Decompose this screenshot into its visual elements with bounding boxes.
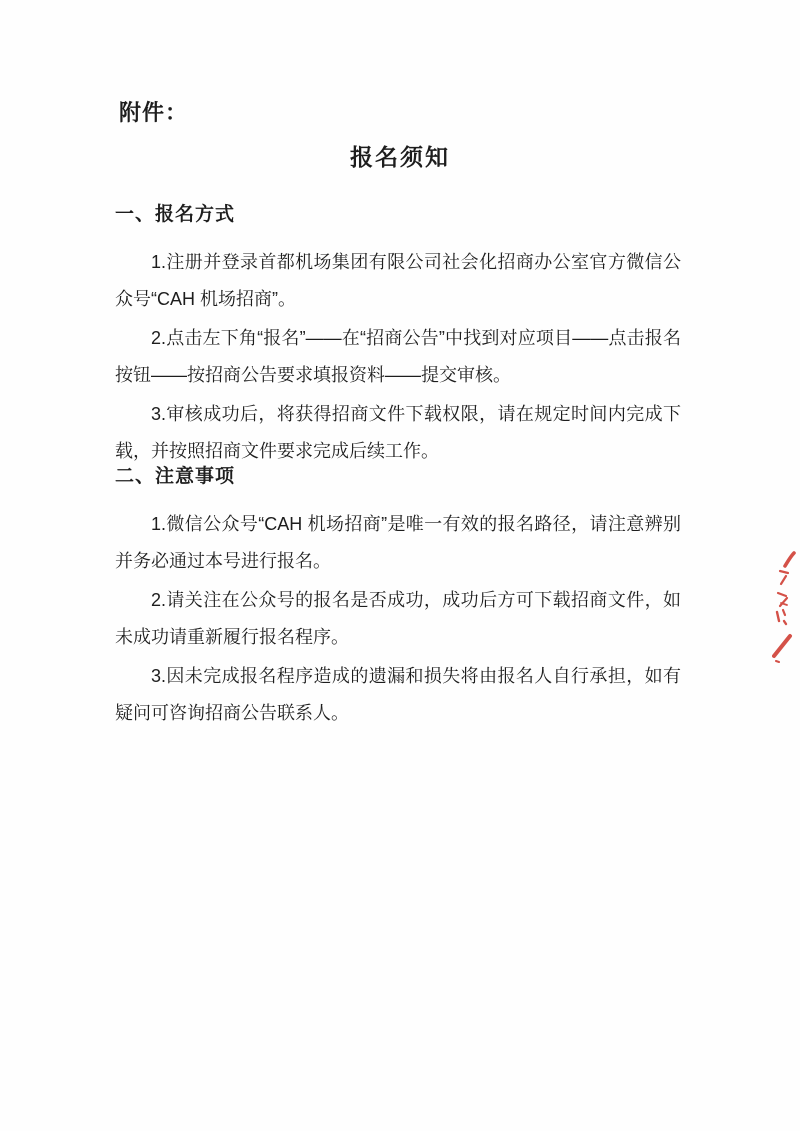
section-heading-registration-method: 一、报名方式 — [115, 196, 681, 233]
paragraph-signup-steps: 2.点击左下角“报名”——在“招商公告”中找到对应项目——点击报名按钮——按招商… — [115, 320, 681, 394]
red-seal-fragment — [769, 547, 797, 667]
document-body: 一、报名方式 1.注册并登录首都机场集团有限公司社会化招商办公室官方微信公众号“… — [115, 196, 681, 732]
page-title: 报名须知 — [115, 139, 685, 172]
paragraph-official-account-only: 1.微信公众号“CAH 机场招商”是唯一有效的报名路径，请注意辨别并务必通过本号… — [115, 506, 681, 580]
attachment-label: 附件： — [119, 96, 188, 127]
scanned-document-page: 附件： 报名须知 一、报名方式 1.注册并登录首都机场集团有限公司社会化招商办公… — [0, 0, 800, 1131]
paragraph-check-success: 2.请关注在公众号的报名是否成功，成功后方可下载招商文件，如未成功请重新履行报名… — [115, 582, 681, 656]
paragraph-liability: 3.因未完成报名程序造成的遗漏和损失将由报名人自行承担，如有疑问可咨询招商公告联… — [115, 658, 681, 732]
paragraph-register-account: 1.注册并登录首都机场集团有限公司社会化招商办公室官方微信公众号“CAH 机场招… — [115, 244, 681, 318]
